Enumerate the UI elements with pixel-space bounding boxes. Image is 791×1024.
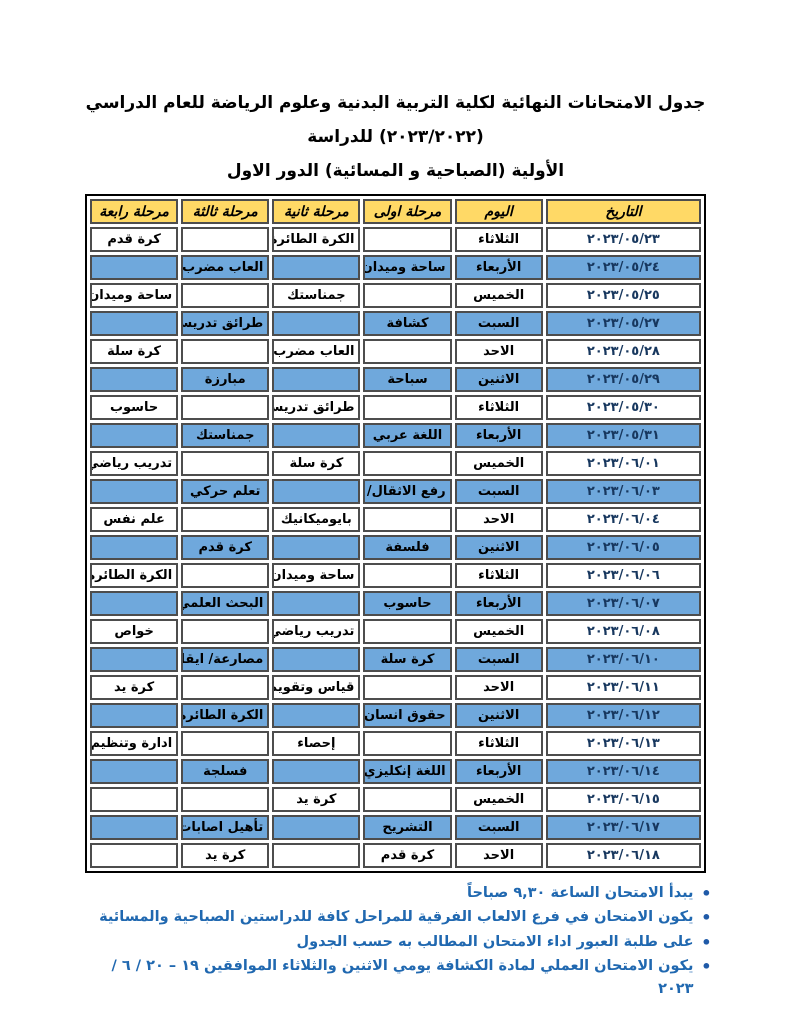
- date-cell: ٢٠٢٣/٠٦/١١: [546, 675, 701, 700]
- subject-cell: الكرة الطائرة: [181, 703, 269, 728]
- subject-cell: كرة قدم: [90, 227, 178, 252]
- date-cell: ٢٠٢٣/٠٦/٠٣: [546, 479, 701, 504]
- subject-cell: [90, 591, 178, 616]
- subject-cell: [272, 591, 360, 616]
- column-header-day: اليوم: [455, 199, 543, 224]
- subject-cell: [90, 255, 178, 280]
- subject-cell: كرة يد: [181, 843, 269, 868]
- subject-cell: حاسوب: [90, 395, 178, 420]
- subject-cell: [90, 759, 178, 784]
- subject-cell: [363, 227, 451, 252]
- table-row: ٢٠٢٣/٠٥/٢٣الثلاثاءالكرة الطائرةكرة قدم: [90, 227, 701, 252]
- day-cell: الثلاثاء: [455, 563, 543, 588]
- subject-cell: [363, 507, 451, 532]
- subject-cell: العاب مضرب: [272, 339, 360, 364]
- date-cell: ٢٠٢٣/٠٦/١٢: [546, 703, 701, 728]
- table-row: ٢٠٢٣/٠٥/٣١الأربعاءاللغة عربيجمناستك: [90, 423, 701, 448]
- date-cell: ٢٠٢٣/٠٦/٠٨: [546, 619, 701, 644]
- subject-cell: تعلم حركي: [181, 479, 269, 504]
- subject-cell: [272, 423, 360, 448]
- day-cell: الثلاثاء: [455, 731, 543, 756]
- subject-cell: [90, 311, 178, 336]
- table-row: ٢٠٢٣/٠٦/١٤الأربعاءاللغة إنكليزيفسلجة: [90, 759, 701, 784]
- table-row: ٢٠٢٣/٠٦/١٣الثلاثاءإحصاءادارة وتنظيم: [90, 731, 701, 756]
- subject-cell: كشافة: [363, 311, 451, 336]
- day-cell: السبت: [455, 815, 543, 840]
- column-header-stage-2: مرحلة ثانية: [272, 199, 360, 224]
- subject-cell: الكرة الطائرة: [272, 227, 360, 252]
- subject-cell: [272, 647, 360, 672]
- subject-cell: مصارعة/ ايقاعي: [181, 647, 269, 672]
- subject-cell: [272, 255, 360, 280]
- table-row: ٢٠٢٣/٠٦/١٧السبتالتشريحتأهيل اصابات: [90, 815, 701, 840]
- subject-cell: [181, 563, 269, 588]
- subject-cell: فسلجة: [181, 759, 269, 784]
- subject-cell: [90, 423, 178, 448]
- subject-cell: [272, 815, 360, 840]
- subject-cell: قياس وتقويم: [272, 675, 360, 700]
- subject-cell: كرة يد: [90, 675, 178, 700]
- day-cell: الخميس: [455, 283, 543, 308]
- subject-cell: كرة سلة: [272, 451, 360, 476]
- day-cell: السبت: [455, 647, 543, 672]
- title-line-1: جدول الامتحانات النهائية لكلية التربية ا…: [76, 86, 716, 154]
- subject-cell: تأهيل اصابات: [181, 815, 269, 840]
- subject-cell: كرة قدم: [181, 535, 269, 560]
- date-cell: ٢٠٢٣/٠٥/٢٣: [546, 227, 701, 252]
- subject-cell: جمناستك: [272, 283, 360, 308]
- date-cell: ٢٠٢٣/٠٥/٢٨: [546, 339, 701, 364]
- subject-cell: [181, 451, 269, 476]
- table-row: ٢٠٢٣/٠٥/٢٩الاثنينسباحةمبارزة: [90, 367, 701, 392]
- table-row: ٢٠٢٣/٠٦/٠٦الثلاثاءساحة وميدانالكرة الطائ…: [90, 563, 701, 588]
- subject-cell: [181, 507, 269, 532]
- date-cell: ٢٠٢٣/٠٥/٢٥: [546, 283, 701, 308]
- footnote-item: يبدأ الامتحان الساعة ٩,٣٠ صباحاً: [72, 881, 694, 905]
- day-cell: الاحد: [455, 339, 543, 364]
- footnote-item: يكون الامتحان في فرع الالعاب الفرقية للم…: [72, 905, 694, 929]
- day-cell: الخميس: [455, 787, 543, 812]
- subject-cell: [363, 731, 451, 756]
- title-line-2: الأولية (الصباحية و المسائية) الدور الاو…: [76, 154, 716, 188]
- day-cell: الأربعاء: [455, 423, 543, 448]
- subject-cell: [90, 367, 178, 392]
- day-cell: الاثنين: [455, 703, 543, 728]
- day-cell: السبت: [455, 479, 543, 504]
- subject-cell: [272, 479, 360, 504]
- subject-cell: [90, 787, 178, 812]
- subject-cell: بايوميكانيك: [272, 507, 360, 532]
- table-row: ٢٠٢٣/٠٦/١٥الخميسكرة يد: [90, 787, 701, 812]
- subject-cell: [90, 479, 178, 504]
- day-cell: الخميس: [455, 451, 543, 476]
- date-cell: ٢٠٢٣/٠٥/٢٤: [546, 255, 701, 280]
- subject-cell: [181, 619, 269, 644]
- date-cell: ٢٠٢٣/٠٥/٢٩: [546, 367, 701, 392]
- table-row: ٢٠٢٣/٠٦/١٢الاثنينحقوق انسانالكرة الطائرة: [90, 703, 701, 728]
- subject-cell: [181, 339, 269, 364]
- column-header-stage-1: مرحلة اولى: [363, 199, 451, 224]
- footnote-item: يكون الامتحان العملي لمادة الكشافة يومي …: [72, 954, 694, 1001]
- date-cell: ٢٠٢٣/٠٦/٠٦: [546, 563, 701, 588]
- day-cell: الخميس: [455, 619, 543, 644]
- subject-cell: البحث العلمي: [181, 591, 269, 616]
- subject-cell: [363, 787, 451, 812]
- date-cell: ٢٠٢٣/٠٦/١٤: [546, 759, 701, 784]
- subject-cell: [90, 843, 178, 868]
- day-cell: الاحد: [455, 843, 543, 868]
- subject-cell: [272, 759, 360, 784]
- subject-cell: طرائق تدريس: [272, 395, 360, 420]
- date-cell: ٢٠٢٣/٠٥/٢٧: [546, 311, 701, 336]
- day-cell: الاحد: [455, 675, 543, 700]
- day-cell: الثلاثاء: [455, 395, 543, 420]
- subject-cell: [363, 395, 451, 420]
- subject-cell: العاب مضرب: [181, 255, 269, 280]
- date-cell: ٢٠٢٣/٠٦/١٧: [546, 815, 701, 840]
- subject-cell: كرة سلة: [363, 647, 451, 672]
- subject-cell: ساحة وميدان: [272, 563, 360, 588]
- subject-cell: جمناستك: [181, 423, 269, 448]
- day-cell: الأربعاء: [455, 255, 543, 280]
- subject-cell: [181, 283, 269, 308]
- subject-cell: حاسوب: [363, 591, 451, 616]
- subject-cell: [90, 647, 178, 672]
- date-cell: ٢٠٢٣/٠٦/١٨: [546, 843, 701, 868]
- table-row: ٢٠٢٣/٠٦/١١الاحدقياس وتقويمكرة يد: [90, 675, 701, 700]
- subject-cell: التشريح: [363, 815, 451, 840]
- subject-cell: [90, 535, 178, 560]
- table-row: ٢٠٢٣/٠٥/٢٤الأربعاءساحة وميدانالعاب مضرب: [90, 255, 701, 280]
- table-row: ٢٠٢٣/٠٦/٠٣السبترفع الاثقال/ لياقةتعلم حر…: [90, 479, 701, 504]
- table-row: ٢٠٢٣/٠٦/١٠السبتكرة سلةمصارعة/ ايقاعي: [90, 647, 701, 672]
- subject-cell: سباحة: [363, 367, 451, 392]
- document-page: جدول الامتحانات النهائية لكلية التربية ا…: [0, 0, 791, 1024]
- subject-cell: ساحة وميدان: [363, 255, 451, 280]
- subject-cell: تدريب رياضي: [272, 619, 360, 644]
- footnotes: يبدأ الامتحان الساعة ٩,٣٠ صباحاًيكون الا…: [72, 881, 720, 1001]
- date-cell: ٢٠٢٣/٠٦/١٠: [546, 647, 701, 672]
- subject-cell: [181, 227, 269, 252]
- subject-cell: [181, 787, 269, 812]
- date-cell: ٢٠٢٣/٠٦/٠١: [546, 451, 701, 476]
- footnote-item: على طلبة العبور اداء الامتحان المطالب به…: [72, 930, 694, 954]
- subject-cell: [363, 563, 451, 588]
- subject-cell: كرة قدم: [363, 843, 451, 868]
- column-header-date: التاريخ: [546, 199, 701, 224]
- subject-cell: خواص: [90, 619, 178, 644]
- date-cell: ٢٠٢٣/٠٥/٣٠: [546, 395, 701, 420]
- day-cell: الأربعاء: [455, 759, 543, 784]
- document-title: جدول الامتحانات النهائية لكلية التربية ا…: [76, 0, 716, 188]
- subject-cell: [90, 703, 178, 728]
- table-row: ٢٠٢٣/٠٦/٠٤الاحدبايوميكانيكعلم نفس: [90, 507, 701, 532]
- subject-cell: [90, 815, 178, 840]
- table-row: ٢٠٢٣/٠٦/٠٥الاثنينفلسفةكرة قدم: [90, 535, 701, 560]
- subject-cell: [363, 339, 451, 364]
- subject-cell: [272, 843, 360, 868]
- subject-cell: [272, 311, 360, 336]
- subject-cell: كرة سلة: [90, 339, 178, 364]
- subject-cell: [181, 675, 269, 700]
- subject-cell: مبارزة: [181, 367, 269, 392]
- table-row: ٢٠٢٣/٠٦/٠٨الخميستدريب رياضيخواص: [90, 619, 701, 644]
- subject-cell: ادارة وتنظيم: [90, 731, 178, 756]
- subject-cell: فلسفة: [363, 535, 451, 560]
- table-row: ٢٠٢٣/٠٥/٢٧السبتكشافةطرائق تدريس: [90, 311, 701, 336]
- subject-cell: طرائق تدريس: [181, 311, 269, 336]
- subject-cell: [363, 451, 451, 476]
- subject-cell: تدريب رياضي: [90, 451, 178, 476]
- subject-cell: [181, 731, 269, 756]
- date-cell: ٢٠٢٣/٠٦/٠٤: [546, 507, 701, 532]
- exam-schedule-table: التاريخاليوممرحلة اولىمرحلة ثانيةمرحلة ث…: [85, 194, 706, 873]
- table-row: ٢٠٢٣/٠٦/١٨الاحدكرة قدمكرة يد: [90, 843, 701, 868]
- day-cell: السبت: [455, 311, 543, 336]
- subject-cell: [363, 283, 451, 308]
- subject-cell: [272, 535, 360, 560]
- subject-cell: [363, 675, 451, 700]
- date-cell: ٢٠٢٣/٠٦/١٥: [546, 787, 701, 812]
- subject-cell: [363, 619, 451, 644]
- subject-cell: [272, 703, 360, 728]
- column-header-stage-3: مرحلة ثالثة: [181, 199, 269, 224]
- day-cell: الاثنين: [455, 367, 543, 392]
- date-cell: ٢٠٢٣/٠٦/١٣: [546, 731, 701, 756]
- subject-cell: إحصاء: [272, 731, 360, 756]
- table-row: ٢٠٢٣/٠٥/٢٨الاحدالعاب مضربكرة سلة: [90, 339, 701, 364]
- subject-cell: حقوق انسان: [363, 703, 451, 728]
- footnotes-list: يبدأ الامتحان الساعة ٩,٣٠ صباحاًيكون الا…: [72, 881, 720, 1001]
- column-header-stage-4: مرحلة رابعة: [90, 199, 178, 224]
- subject-cell: علم نفس: [90, 507, 178, 532]
- date-cell: ٢٠٢٣/٠٥/٣١: [546, 423, 701, 448]
- table-row: ٢٠٢٣/٠٦/٠٧الأربعاءحاسوبالبحث العلمي: [90, 591, 701, 616]
- table-header-row: التاريخاليوممرحلة اولىمرحلة ثانيةمرحلة ث…: [90, 199, 701, 224]
- day-cell: الأربعاء: [455, 591, 543, 616]
- day-cell: الثلاثاء: [455, 227, 543, 252]
- subject-cell: الكرة الطائرة: [90, 563, 178, 588]
- table-row: ٢٠٢٣/٠٦/٠١الخميسكرة سلةتدريب رياضي: [90, 451, 701, 476]
- day-cell: الاثنين: [455, 535, 543, 560]
- day-cell: الاحد: [455, 507, 543, 532]
- subject-cell: [181, 395, 269, 420]
- subject-cell: ساحة وميدان: [90, 283, 178, 308]
- subject-cell: [272, 367, 360, 392]
- date-cell: ٢٠٢٣/٠٦/٠٧: [546, 591, 701, 616]
- subject-cell: اللغة إنكليزي: [363, 759, 451, 784]
- subject-cell: رفع الاثقال/ لياقة: [363, 479, 451, 504]
- date-cell: ٢٠٢٣/٠٦/٠٥: [546, 535, 701, 560]
- table-row: ٢٠٢٣/٠٥/٣٠الثلاثاءطرائق تدريسحاسوب: [90, 395, 701, 420]
- subject-cell: كرة يد: [272, 787, 360, 812]
- subject-cell: اللغة عربي: [363, 423, 451, 448]
- table-row: ٢٠٢٣/٠٥/٢٥الخميسجمناستكساحة وميدان: [90, 283, 701, 308]
